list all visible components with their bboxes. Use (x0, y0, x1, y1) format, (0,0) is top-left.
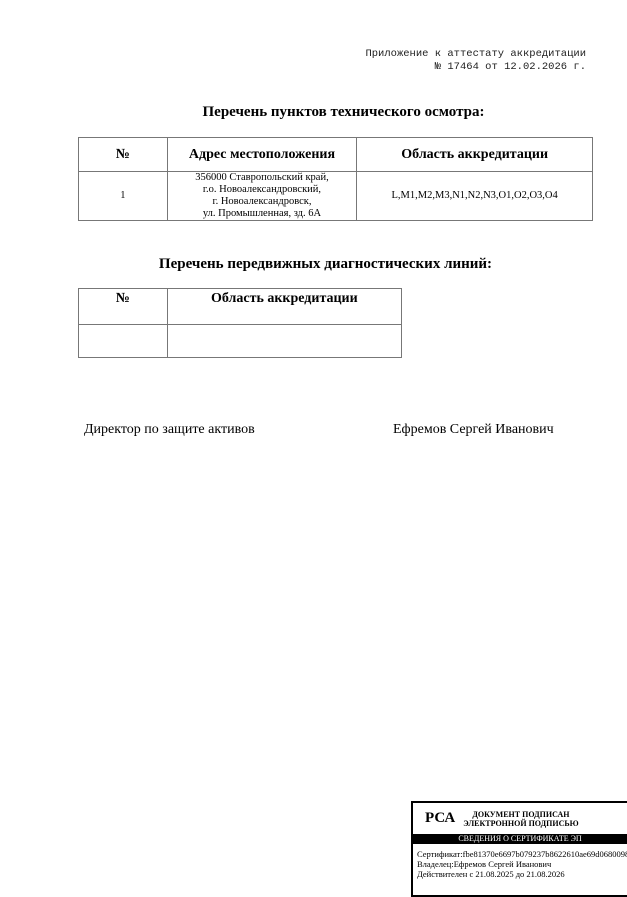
certificate-validity: Действителен с 21.08.2025 до 21.08.2026 (417, 869, 627, 879)
electronic-signature-stamp: РСА ДОКУМЕНТ ПОДПИСАН ЭЛЕКТРОННОЙ ПОДПИС… (411, 801, 627, 897)
appendix-line-2: № 17464 от 12.02.2026 г. (365, 61, 586, 74)
signatory-name: Ефремов Сергей Иванович (393, 422, 554, 438)
cell-number (79, 325, 168, 358)
appendix-reference: Приложение к аттестату аккредитации № 17… (365, 48, 586, 74)
section-title-mobile-lines: Перечень передвижных диагностических лин… (12, 256, 627, 273)
rsa-logo: РСА (425, 810, 455, 827)
appendix-line-1: Приложение к аттестату аккредитации (365, 48, 586, 61)
table-header-row: № Область аккредитации (79, 289, 402, 325)
stamp-certificate-bar: СВЕДЕНИЯ О СЕРТИФИКАТЕ ЭП (413, 834, 627, 844)
stamp-certificate-details: Сертификат:fbe81370e6697b079237b8622610a… (413, 844, 627, 879)
cell-scope (167, 325, 401, 358)
certificate-owner: Владелец:Ефремов Сергей Иванович (417, 859, 627, 869)
column-header-number: № (79, 289, 168, 325)
certificate-id: Сертификат:fbe81370e6697b079237b8622610a… (417, 849, 627, 859)
address-line: ул. Промышленная, зд. 6А (168, 208, 357, 220)
stamp-header: РСА ДОКУМЕНТ ПОДПИСАН ЭЛЕКТРОННОЙ ПОДПИС… (413, 803, 627, 834)
table-row (79, 325, 402, 358)
stamp-header-line-1: ДОКУМЕНТ ПОДПИСАН (463, 810, 578, 819)
column-header-scope: Область аккредитации (167, 289, 401, 325)
stamp-signed-label: ДОКУМЕНТ ПОДПИСАН ЭЛЕКТРОННОЙ ПОДПИСЬЮ (463, 810, 578, 828)
column-header-scope: Область аккредитации (357, 138, 593, 172)
inspection-points-table: № Адрес местоположения Область аккредита… (78, 137, 593, 221)
section-title-inspection-points: Перечень пунктов технического осмотра: (30, 104, 627, 121)
table-row: 1 356000 Ставропольский край, г.о. Новоа… (79, 172, 593, 221)
signatory-position: Директор по защите активов (84, 422, 255, 438)
address-line: 356000 Ставропольский край, (168, 172, 357, 184)
address-line: г. Новоалександровск, (168, 196, 357, 208)
cell-scope: L,M1,M2,M3,N1,N2,N3,O1,O2,O3,O4 (357, 172, 593, 221)
column-header-address: Адрес местоположения (167, 138, 357, 172)
cell-address: 356000 Ставропольский край, г.о. Новоале… (167, 172, 357, 221)
mobile-lines-table: № Область аккредитации (78, 288, 402, 358)
address-line: г.о. Новоалександровский, (168, 184, 357, 196)
table-header-row: № Адрес местоположения Область аккредита… (79, 138, 593, 172)
stamp-header-line-2: ЭЛЕКТРОННОЙ ПОДПИСЬЮ (463, 819, 578, 828)
cell-number: 1 (79, 172, 168, 221)
column-header-number: № (79, 138, 168, 172)
